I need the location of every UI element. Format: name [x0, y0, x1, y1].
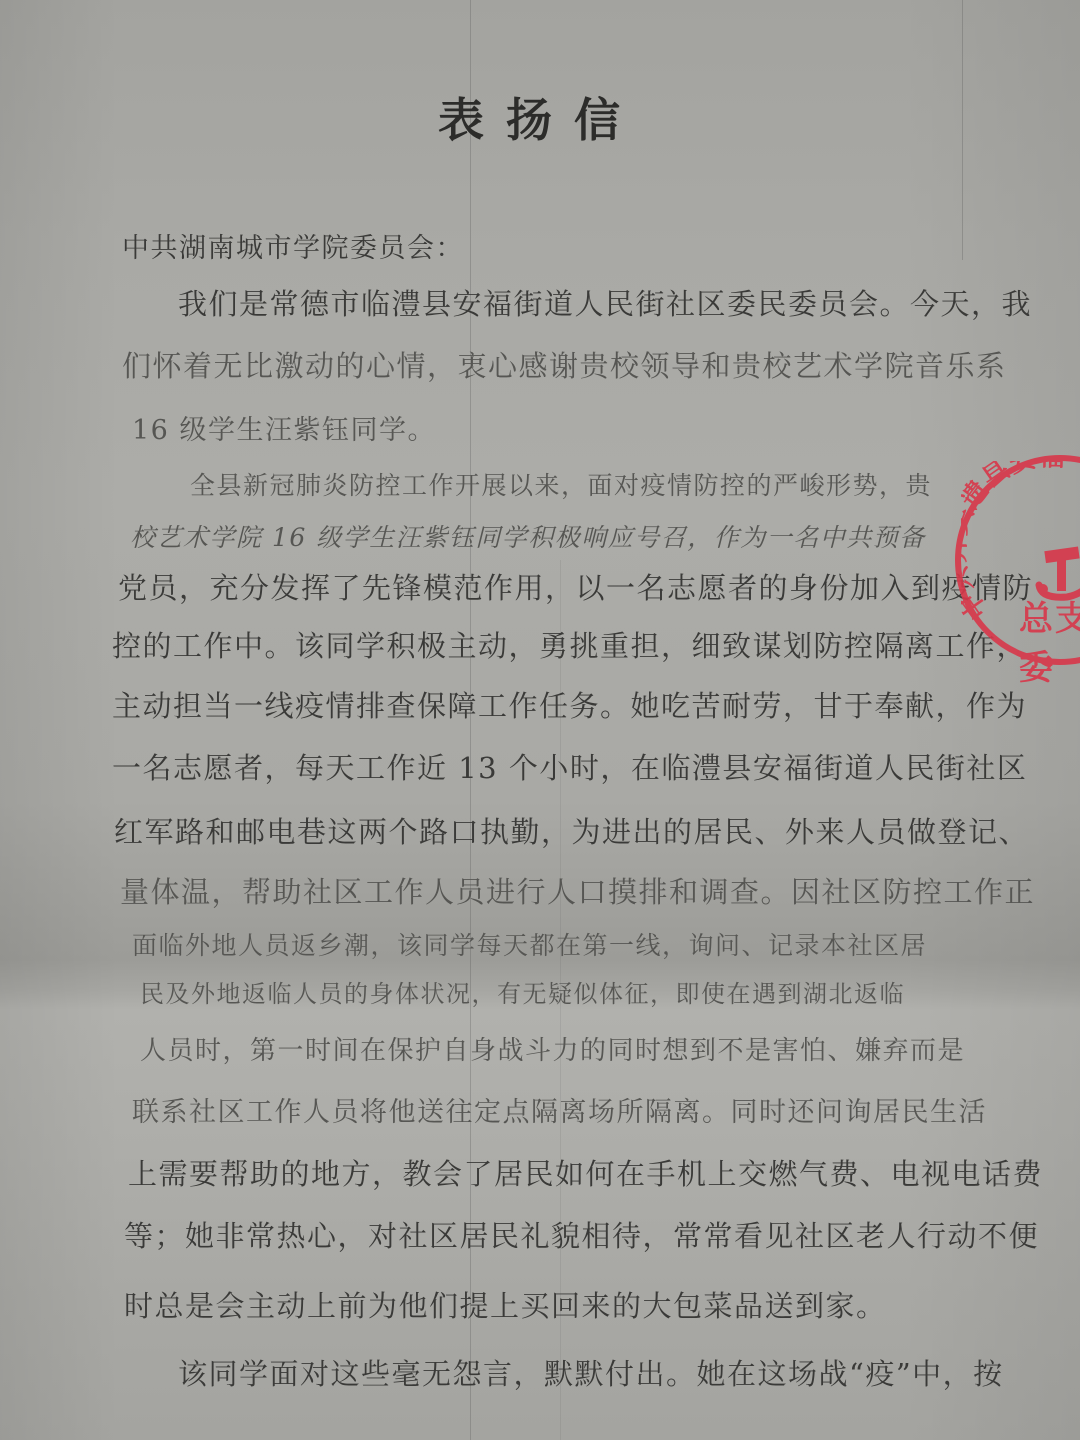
body-line: 民及外地返临人员的身体状况，有无疑似体征，即使在遇到湖北返临	[140, 974, 905, 1009]
body-line: 该同学面对这些毫无怨言，默默付出。她在这场战“疫”中，按	[178, 1352, 1004, 1393]
body-line: 时总是会主动上前为他们提上买回来的大包菜品送到家。	[124, 1284, 887, 1325]
body-line: 联系社区工作人员将他送往定点隔离场所隔离。同时还问询居民生活	[132, 1090, 987, 1129]
body-line: 党员，充分发挥了先锋模范作用，以一名志愿者的身份加入到疫情防	[118, 566, 1033, 607]
body-line: 上需要帮助的地方，教会了居民如何在手机上交燃气费、电视电话费	[128, 1152, 1043, 1193]
official-seal: 中共齐头遗县安福 总支部委	[955, 455, 1080, 665]
body-line: 面临外地人员返乡潮，该同学每天都在第一线，询问、记录本社区居	[132, 926, 927, 962]
paper-sheet: 表扬信 中共湖南城市学院委员会： 我们是常德市临澧县安福街道人民街社区委民委员会…	[0, 0, 1080, 1440]
body-line: 量体温，帮助社区工作人员进行人口摸排和调查。因社区防控工作正	[120, 870, 1035, 911]
seal-bottom-text: 总支部委	[1019, 591, 1080, 689]
body-line: 控的工作中。该同学积极主动，勇挑重担，细致谋划防控隔离工作，	[112, 624, 1027, 665]
salutation: 中共湖南城市学院委员会：	[122, 226, 464, 265]
body-line: 16 级学生汪紫钰同学。	[132, 408, 436, 447]
body-line: 全县新冠肺炎防控工作开展以来，面对疫情防控的严峻形势，贵	[190, 466, 932, 502]
body-line: 一名志愿者，每天工作近 13 个小时，在临澧县安福街道人民街社区	[112, 746, 1027, 787]
body-line: 主动担当一线疫情排查保障工作任务。她吃苦耐劳，甘于奉献，作为	[112, 684, 1027, 725]
body-line: 们怀着无比激动的心情，衷心感谢贵校领导和贵校艺术学院音乐系	[122, 344, 1007, 385]
body-line: 人员时，第一时间在保护自身战斗力的同时想到不是害怕、嫌弃而是	[140, 1030, 965, 1067]
body-line: 我们是常德市临澧县安福街道人民街社区委民委员会。今天，我	[178, 282, 1032, 323]
document-title: 表扬信	[0, 84, 1080, 150]
body-line: 校艺术学院 16 级学生汪紫钰同学积极响应号召，作为一名中共预备	[130, 518, 926, 554]
body-line: 等；她非常热心，对社区居民礼貌相待，常常看见社区老人行动不便	[124, 1214, 1039, 1255]
body-line: 红军路和邮电巷这两个路口执勤，为进出的居民、外来人员做登记、	[114, 810, 1029, 851]
